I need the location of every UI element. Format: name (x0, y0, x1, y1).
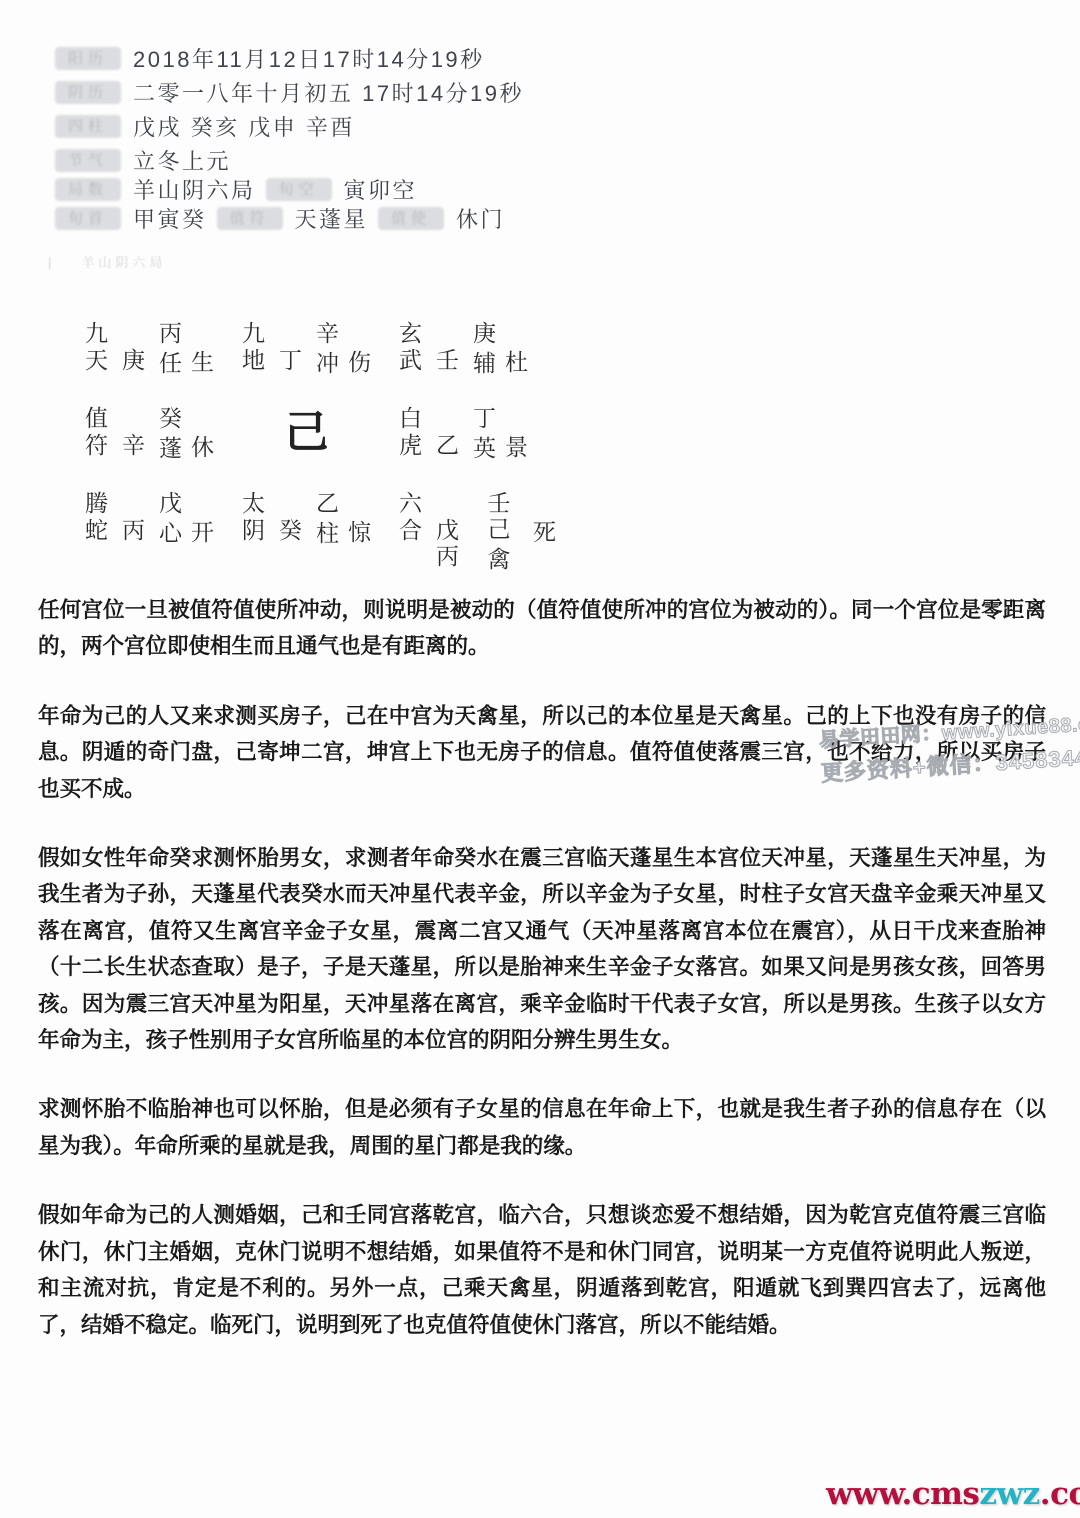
palace-earth-stem: 庚 (122, 347, 144, 373)
palace-heaven-stem: 丁 (473, 405, 496, 431)
palace-earth-stem: 丙 (122, 517, 144, 543)
faint-ju-note: |羊山阴六局 (48, 252, 166, 271)
ju-badge: 局数 (55, 178, 121, 201)
palace-deity: 太阴 (242, 490, 268, 544)
zhishi-value: 休门 (456, 203, 505, 234)
plate-row-middle: 值符 辛 癸 蓬 休 己 白虎 乙 丁 英 景 (85, 405, 565, 461)
zhifu-badge: 值符 (217, 207, 283, 230)
palace-deity: 玄武 (399, 320, 425, 374)
palace-xun4: 九天 庚 丙 任 生 (85, 320, 242, 376)
solar-date-value: 2018年11月12日17时14分19秒 (133, 43, 485, 74)
palace-earth-stem: 癸 (279, 517, 301, 543)
header-row-four-pillars: 四柱 戊戌 癸亥 戊申 辛酉 (55, 114, 524, 139)
palace-qian6: 六合 戊丙 壬己 禽 死 (399, 490, 556, 572)
palace-door: 开 (191, 519, 214, 545)
footer-url-www: www. (826, 1476, 912, 1512)
palace-gen8: 腾蛇 丙 戊 心 开 (85, 490, 242, 546)
palace-star: 辅 (473, 350, 496, 376)
paragraph-pregnancy-gender: 假如女性年命癸求测怀胎男女，求测者年命癸水在震三宫临天蓬星生本宫位天冲星，天蓬星… (38, 840, 1046, 1058)
palace-earth-stem: 辛 (122, 432, 144, 458)
header-row-lunar-date: 阴历 二零一八年十月初五 17时14分19秒 (55, 80, 524, 105)
solar-date-badge: 阳历 (55, 47, 121, 70)
palace-heaven-stem: 癸 (159, 405, 182, 431)
document-page: 阳历 2018年11月12日17时14分19秒 阴历 二零一八年十月初五 17时… (0, 0, 1080, 1518)
palace-zhen3: 值符 辛 癸 蓬 休 (85, 405, 242, 461)
chart-header: 阳历 2018年11月12日17时14分19秒 阴历 二零一八年十月初五 17时… (55, 46, 524, 240)
palace-deity: 白虎 (399, 405, 425, 459)
header-row-ju: 局数 羊山阴六局 旬空 寅卯空 (55, 177, 524, 202)
header-row-solar-date: 阳历 2018年11月12日17时14分19秒 (55, 46, 524, 71)
xunkong-badge: 旬空 (266, 178, 332, 201)
footer-url-com: .com (1040, 1476, 1080, 1512)
palace-star: 冲 (316, 350, 339, 376)
palace-door: 休 (191, 434, 214, 460)
paragraph-passive-palace: 任何宫位一旦被值符值使所冲动，则说明是被动的（值符值使所冲的宫位为被动的）。同一… (38, 592, 1046, 665)
palace-deity: 九地 (242, 320, 268, 374)
palace-door: 生 (191, 349, 214, 375)
palace-heaven-stem: 壬己 (488, 490, 525, 542)
palace-deity: 六合 (399, 490, 425, 544)
palace-heaven-stem: 辛 (316, 320, 339, 346)
palace-li9: 九地 丁 辛 冲 伤 (242, 320, 399, 376)
palace-earth-stem: 丁 (279, 347, 301, 373)
footer-url-cms: cms (912, 1476, 980, 1512)
palace-door: 杜 (505, 349, 528, 375)
plate-row-bottom: 腾蛇 丙 戊 心 开 太阴 癸 乙 柱 惊 六合 戊丙 (85, 490, 565, 572)
palace-star: 蓬 (159, 435, 182, 461)
ju-value: 羊山阴六局 (133, 174, 256, 205)
palace-door: 惊 (348, 519, 371, 545)
zhifu-value: 天蓬星 (295, 203, 369, 234)
footer-site-url: www.cmszwz.com (826, 1476, 1080, 1512)
qimen-plate: 九天 庚 丙 任 生 九地 丁 辛 冲 伤 玄武 壬 (85, 320, 565, 601)
palace-heaven-stem: 乙 (316, 490, 339, 516)
palace-heaven-stem: 庚 (473, 320, 496, 346)
palace-star: 心 (159, 520, 182, 546)
header-row-xunshou: 旬首 甲寅癸 值符 天蓬星 值使 休门 (55, 206, 524, 231)
palace-earth-stem: 乙 (436, 432, 458, 458)
solar-term-value: 立冬上元 (133, 145, 231, 176)
header-row-solar-term: 节气 立冬上元 (55, 148, 524, 173)
palace-star: 柱 (316, 520, 339, 546)
four-pillars-value: 戊戌 癸亥 戊申 辛酉 (133, 111, 355, 142)
palace-door: 死 (533, 519, 556, 545)
body-text: 任何宫位一旦被值符值使所冲动，则说明是被动的（值符值使所冲的宫位为被动的）。同一… (38, 592, 1046, 1376)
palace-deity: 腾蛇 (85, 490, 111, 544)
palace-earth-stem: 壬 (436, 347, 458, 373)
faint-ju-note-text: 羊山阴六局 (81, 255, 166, 270)
paragraph-pregnancy-note: 求测怀胎不临胎神也可以怀胎，但是必须有子女星的信息在年命上下，也就是我生者子孙的… (38, 1091, 1046, 1164)
palace-star: 任 (159, 350, 182, 376)
palace-deity: 九天 (85, 320, 111, 374)
plate-row-top: 九天 庚 丙 任 生 九地 丁 辛 冲 伤 玄武 壬 (85, 320, 565, 376)
faint-ju-note-mark: | (48, 255, 55, 270)
palace-heaven-stem: 丙 (159, 320, 182, 346)
palace-heaven-stem: 戊 (159, 490, 182, 516)
palace-door: 伤 (348, 349, 371, 375)
zhishi-badge: 值使 (378, 207, 444, 230)
palace-star: 英 (473, 435, 496, 461)
xunshou-value: 甲寅癸 (133, 203, 207, 234)
xunshou-badge: 旬首 (55, 207, 121, 230)
lunar-date-value: 二零一八年十月初五 17时14分19秒 (133, 77, 524, 108)
four-pillars-badge: 四柱 (55, 115, 121, 138)
palace-star: 禽 (488, 546, 525, 572)
palace-earth-stem: 戊丙 (436, 517, 473, 569)
xunkong-value: 寅卯空 (344, 174, 418, 205)
palace-kun2: 玄武 壬 庚 辅 杜 (399, 320, 556, 376)
palace-door: 景 (505, 434, 528, 460)
lunar-date-badge: 阴历 (55, 81, 121, 104)
center-palace-stem: 己 (285, 409, 329, 461)
footer-url-zwz: zwz (979, 1476, 1039, 1512)
palace-kan1: 太阴 癸 乙 柱 惊 (242, 490, 399, 546)
solar-term-badge: 节气 (55, 149, 121, 172)
palace-dui7: 白虎 乙 丁 英 景 (399, 405, 556, 461)
palace-deity: 值符 (85, 405, 111, 459)
paragraph-marriage: 假如年命为己的人测婚姻，己和壬同宫落乾宫，临六合，只想谈恋爱不想结婚，因为乾宫克… (38, 1197, 1046, 1343)
